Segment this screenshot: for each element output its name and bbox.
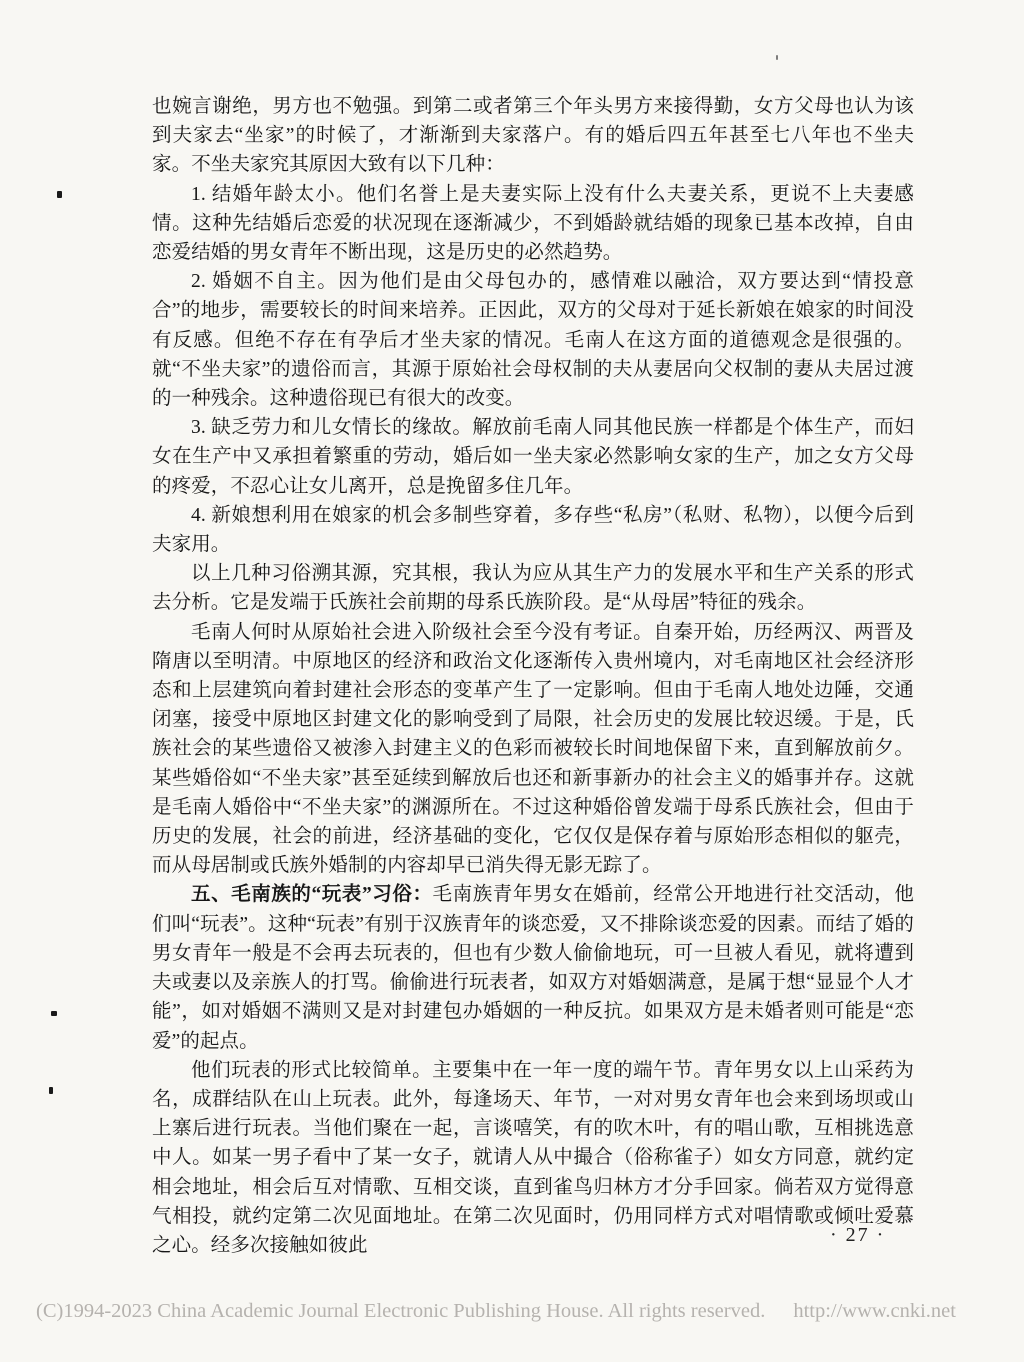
scan-speck	[51, 1011, 57, 1016]
publisher-url: http://www.cnki.net	[793, 1300, 956, 1322]
document-body: 也婉言谢绝，男方也不勉强。到第二或者第三个年头男方来接得勤，女方父母也认为该到夫…	[152, 92, 914, 1260]
paragraph-list-item-3: 3. 缺乏劳力和儿女情长的缘故。解放前毛南人同其他民族一样都是个体生产，而妇女在…	[152, 413, 914, 501]
paragraph: 也婉言谢绝，男方也不勉强。到第二或者第三个年头男方来接得勤，女方父母也认为该到夫…	[152, 92, 914, 180]
scanned-document-page: 也婉言谢绝，男方也不勉强。到第二或者第三个年头男方来接得勤，女方父母也认为该到夫…	[0, 0, 1024, 1362]
paragraph: 毛南人何时从原始社会进入阶级社会至今没有考证。自秦开始，历经两汉、两晋及隋唐以至…	[152, 618, 914, 881]
copyright-text: (C)1994-2023 China Academic Journal Elec…	[36, 1300, 765, 1322]
page-number: · 27 ·	[830, 1224, 885, 1247]
watermark-footer: (C)1994-2023 China Academic Journal Elec…	[36, 1300, 988, 1323]
section-text: 毛南族青年男女在婚前，经常公开地进行社交活动，他们叫“玩表”。这种“玩表”有别于…	[152, 884, 914, 1051]
scan-speck	[57, 191, 62, 198]
paragraph-list-item-4: 4. 新娘想利用在娘家的机会多制些穿着，多存些“私房”（私财、私物），以便今后到…	[152, 501, 914, 559]
scan-speck	[49, 1087, 53, 1094]
paragraph-list-item-2: 2. 婚姻不自主。因为他们是由父母包办的，感情难以融洽，双方要达到“情投意合”的…	[152, 267, 914, 413]
scan-speck	[776, 55, 778, 60]
paragraph-list-item-1: 1. 结婚年龄太小。他们名誉上是夫妻实际上没有什么夫妻关系，更说不上夫妻感情。这…	[152, 180, 914, 268]
paragraph: 以上几种习俗溯其源，究其根，我认为应从其生产力的发展水平和生产关系的形式去分析。…	[152, 559, 914, 617]
paragraph-section-5: 五、毛南族的“玩表”习俗：毛南族青年男女在婚前，经常公开地进行社交活动，他们叫“…	[152, 880, 914, 1055]
paragraph: 他们玩表的形式比较简单。主要集中在一年一度的端午节。青年男女以上山采药为名，成群…	[152, 1056, 914, 1260]
section-heading: 五、毛南族的“玩表”习俗：	[191, 884, 433, 905]
